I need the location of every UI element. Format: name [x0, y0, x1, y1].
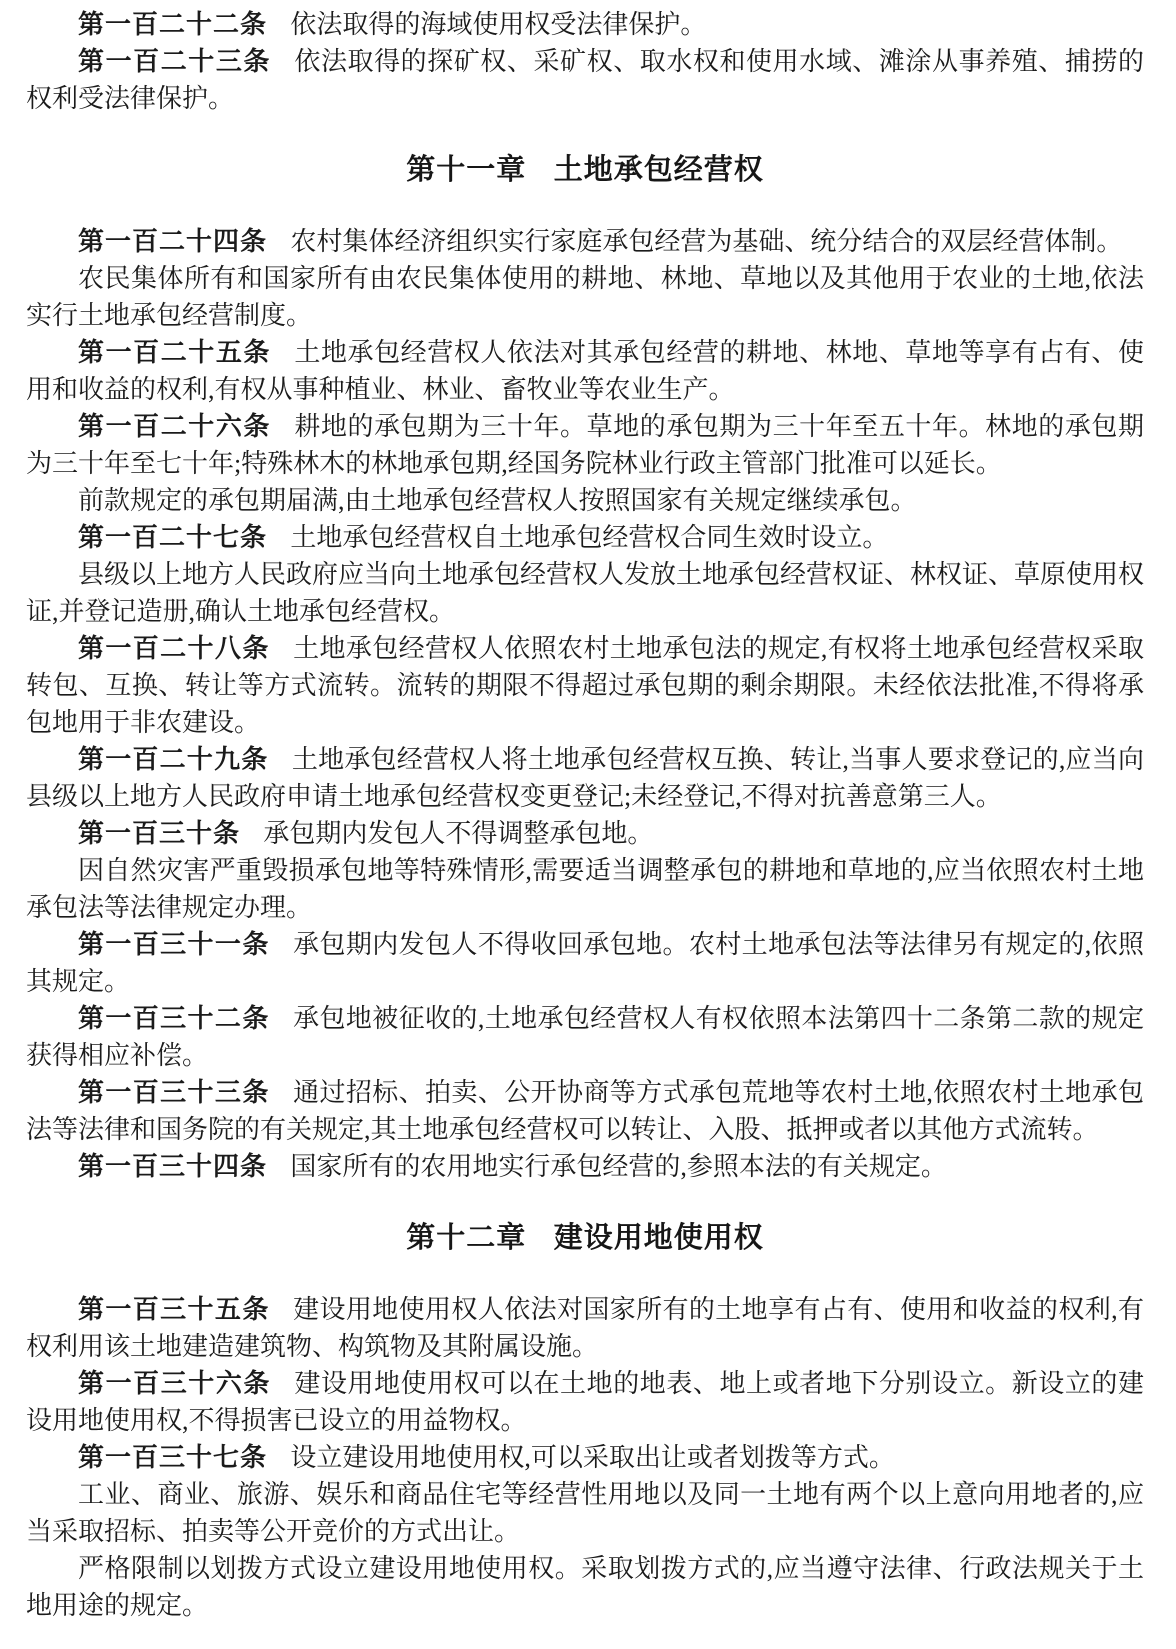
article-127-text: 土地承包经营权自土地承包经营权合同生效时设立。	[290, 523, 888, 552]
chapter-12-heading: 第十二章建设用地使用权	[26, 1218, 1144, 1258]
article-130-text: 承包期内发包人不得调整承包地。	[263, 819, 653, 848]
article-124-number: 第一百二十四条	[78, 226, 267, 256]
article-137-paragraph-3: 严格限制以划拨方式设立建设用地使用权。采取划拨方式的,应当遵守法律、行政法规关于…	[26, 1550, 1144, 1624]
article-123: 第一百二十三条依法取得的探矿权、采矿权、取水权和使用水域、滩涂从事养殖、捕捞的权…	[26, 43, 1144, 117]
chapter-12-title: 建设用地使用权	[554, 1222, 764, 1254]
article-122-text: 依法取得的海域使用权受法律保护。	[290, 10, 706, 39]
chapter-12-number: 第十二章	[406, 1222, 526, 1254]
article-136-number: 第一百三十六条	[78, 1368, 271, 1398]
article-132-number: 第一百三十二条	[78, 1003, 270, 1033]
article-129: 第一百二十九条土地承包经营权人将土地承包经营权互换、转让,当事人要求登记的,应当…	[26, 741, 1144, 815]
article-126-paragraph-2-text: 前款规定的承包期届满,由土地承包经营权人按照国家有关规定继续承包。	[78, 486, 917, 515]
article-137-paragraph-2: 工业、商业、旅游、娱乐和商品住宅等经营性用地以及同一土地有两个以上意向用地者的,…	[26, 1476, 1144, 1550]
article-130-number: 第一百三十条	[78, 818, 240, 848]
article-133: 第一百三十三条通过招标、拍卖、公开协商等方式承包荒地等农村土地,依照农村土地承包…	[26, 1074, 1144, 1148]
article-122: 第一百二十二条依法取得的海域使用权受法律保护。	[26, 6, 1144, 43]
article-124: 第一百二十四条农村集体经济组织实行家庭承包经营为基础、统分结合的双层经营体制。	[26, 223, 1144, 260]
chapter-11-title: 土地承包经营权	[554, 154, 764, 186]
article-127-number: 第一百二十七条	[78, 522, 267, 552]
article-137-text: 设立建设用地使用权,可以采取出让或者划拨等方式。	[290, 1443, 895, 1472]
article-133-number: 第一百三十三条	[78, 1077, 270, 1107]
article-125: 第一百二十五条土地承包经营权人依法对其承包经营的耕地、林地、草地等享有占有、使用…	[26, 334, 1144, 408]
article-135-number: 第一百三十五条	[78, 1294, 270, 1324]
document-page: 第一百二十二条依法取得的海域使用权受法律保护。 第一百二十三条依法取得的探矿权、…	[0, 0, 1176, 1649]
article-124-paragraph-2: 农民集体所有和国家所有由农民集体使用的耕地、林地、草地以及其他用于农业的土地,依…	[26, 260, 1144, 334]
article-129-number: 第一百二十九条	[78, 744, 269, 774]
article-136: 第一百三十六条建设用地使用权可以在土地的地表、地上或者地下分别设立。新设立的建设…	[26, 1365, 1144, 1439]
article-127: 第一百二十七条土地承包经营权自土地承包经营权合同生效时设立。	[26, 519, 1144, 556]
article-126-number: 第一百二十六条	[78, 411, 271, 441]
article-124-text: 农村集体经济组织实行家庭承包经营为基础、统分结合的双层经营体制。	[290, 227, 1122, 256]
article-130-paragraph-2: 因自然灾害严重毁损承包地等特殊情形,需要适当调整承包的耕地和草地的,应当依照农村…	[26, 852, 1144, 926]
article-123-number: 第一百二十三条	[78, 46, 271, 76]
article-135: 第一百三十五条建设用地使用权人依法对国家所有的土地享有占有、使用和收益的权利,有…	[26, 1291, 1144, 1365]
article-131-number: 第一百三十一条	[78, 929, 270, 959]
article-134-text: 国家所有的农用地实行承包经营的,参照本法的有关规定。	[290, 1152, 947, 1181]
article-128: 第一百二十八条土地承包经营权人依照农村土地承包法的规定,有权将土地承包经营权采取…	[26, 630, 1144, 741]
article-127-paragraph-2-text: 县级以上地方人民政府应当向土地承包经营权人发放土地承包经营权证、林权证、草原使用…	[26, 560, 1144, 626]
article-127-paragraph-2: 县级以上地方人民政府应当向土地承包经营权人发放土地承包经营权证、林权证、草原使用…	[26, 556, 1144, 630]
article-137-paragraph-2-text: 工业、商业、旅游、娱乐和商品住宅等经营性用地以及同一土地有两个以上意向用地者的,…	[26, 1480, 1144, 1546]
article-134: 第一百三十四条国家所有的农用地实行承包经营的,参照本法的有关规定。	[26, 1148, 1144, 1185]
article-122-number: 第一百二十二条	[78, 9, 267, 39]
article-131: 第一百三十一条承包期内发包人不得收回承包地。农村土地承包法等法律另有规定的,依照…	[26, 926, 1144, 1000]
article-134-number: 第一百三十四条	[78, 1151, 267, 1181]
article-126: 第一百二十六条耕地的承包期为三十年。草地的承包期为三十年至五十年。林地的承包期为…	[26, 408, 1144, 482]
article-137: 第一百三十七条设立建设用地使用权,可以采取出让或者划拨等方式。	[26, 1439, 1144, 1476]
article-132: 第一百三十二条承包地被征收的,土地承包经营权人有权依照本法第四十二条第二款的规定…	[26, 1000, 1144, 1074]
article-137-paragraph-3-text: 严格限制以划拨方式设立建设用地使用权。采取划拨方式的,应当遵守法律、行政法规关于…	[26, 1554, 1144, 1620]
article-130: 第一百三十条承包期内发包人不得调整承包地。	[26, 815, 1144, 852]
article-125-number: 第一百二十五条	[78, 337, 271, 367]
chapter-11-heading: 第十一章土地承包经营权	[26, 150, 1144, 190]
article-126-paragraph-2: 前款规定的承包期届满,由土地承包经营权人按照国家有关规定继续承包。	[26, 482, 1144, 519]
chapter-11-number: 第十一章	[406, 154, 526, 186]
article-137-number: 第一百三十七条	[78, 1442, 267, 1472]
article-124-paragraph-2-text: 农民集体所有和国家所有由农民集体使用的耕地、林地、草地以及其他用于农业的土地,依…	[26, 264, 1144, 330]
article-128-number: 第一百二十八条	[78, 633, 270, 663]
article-130-paragraph-2-text: 因自然灾害严重毁损承包地等特殊情形,需要适当调整承包的耕地和草地的,应当依照农村…	[26, 856, 1144, 922]
